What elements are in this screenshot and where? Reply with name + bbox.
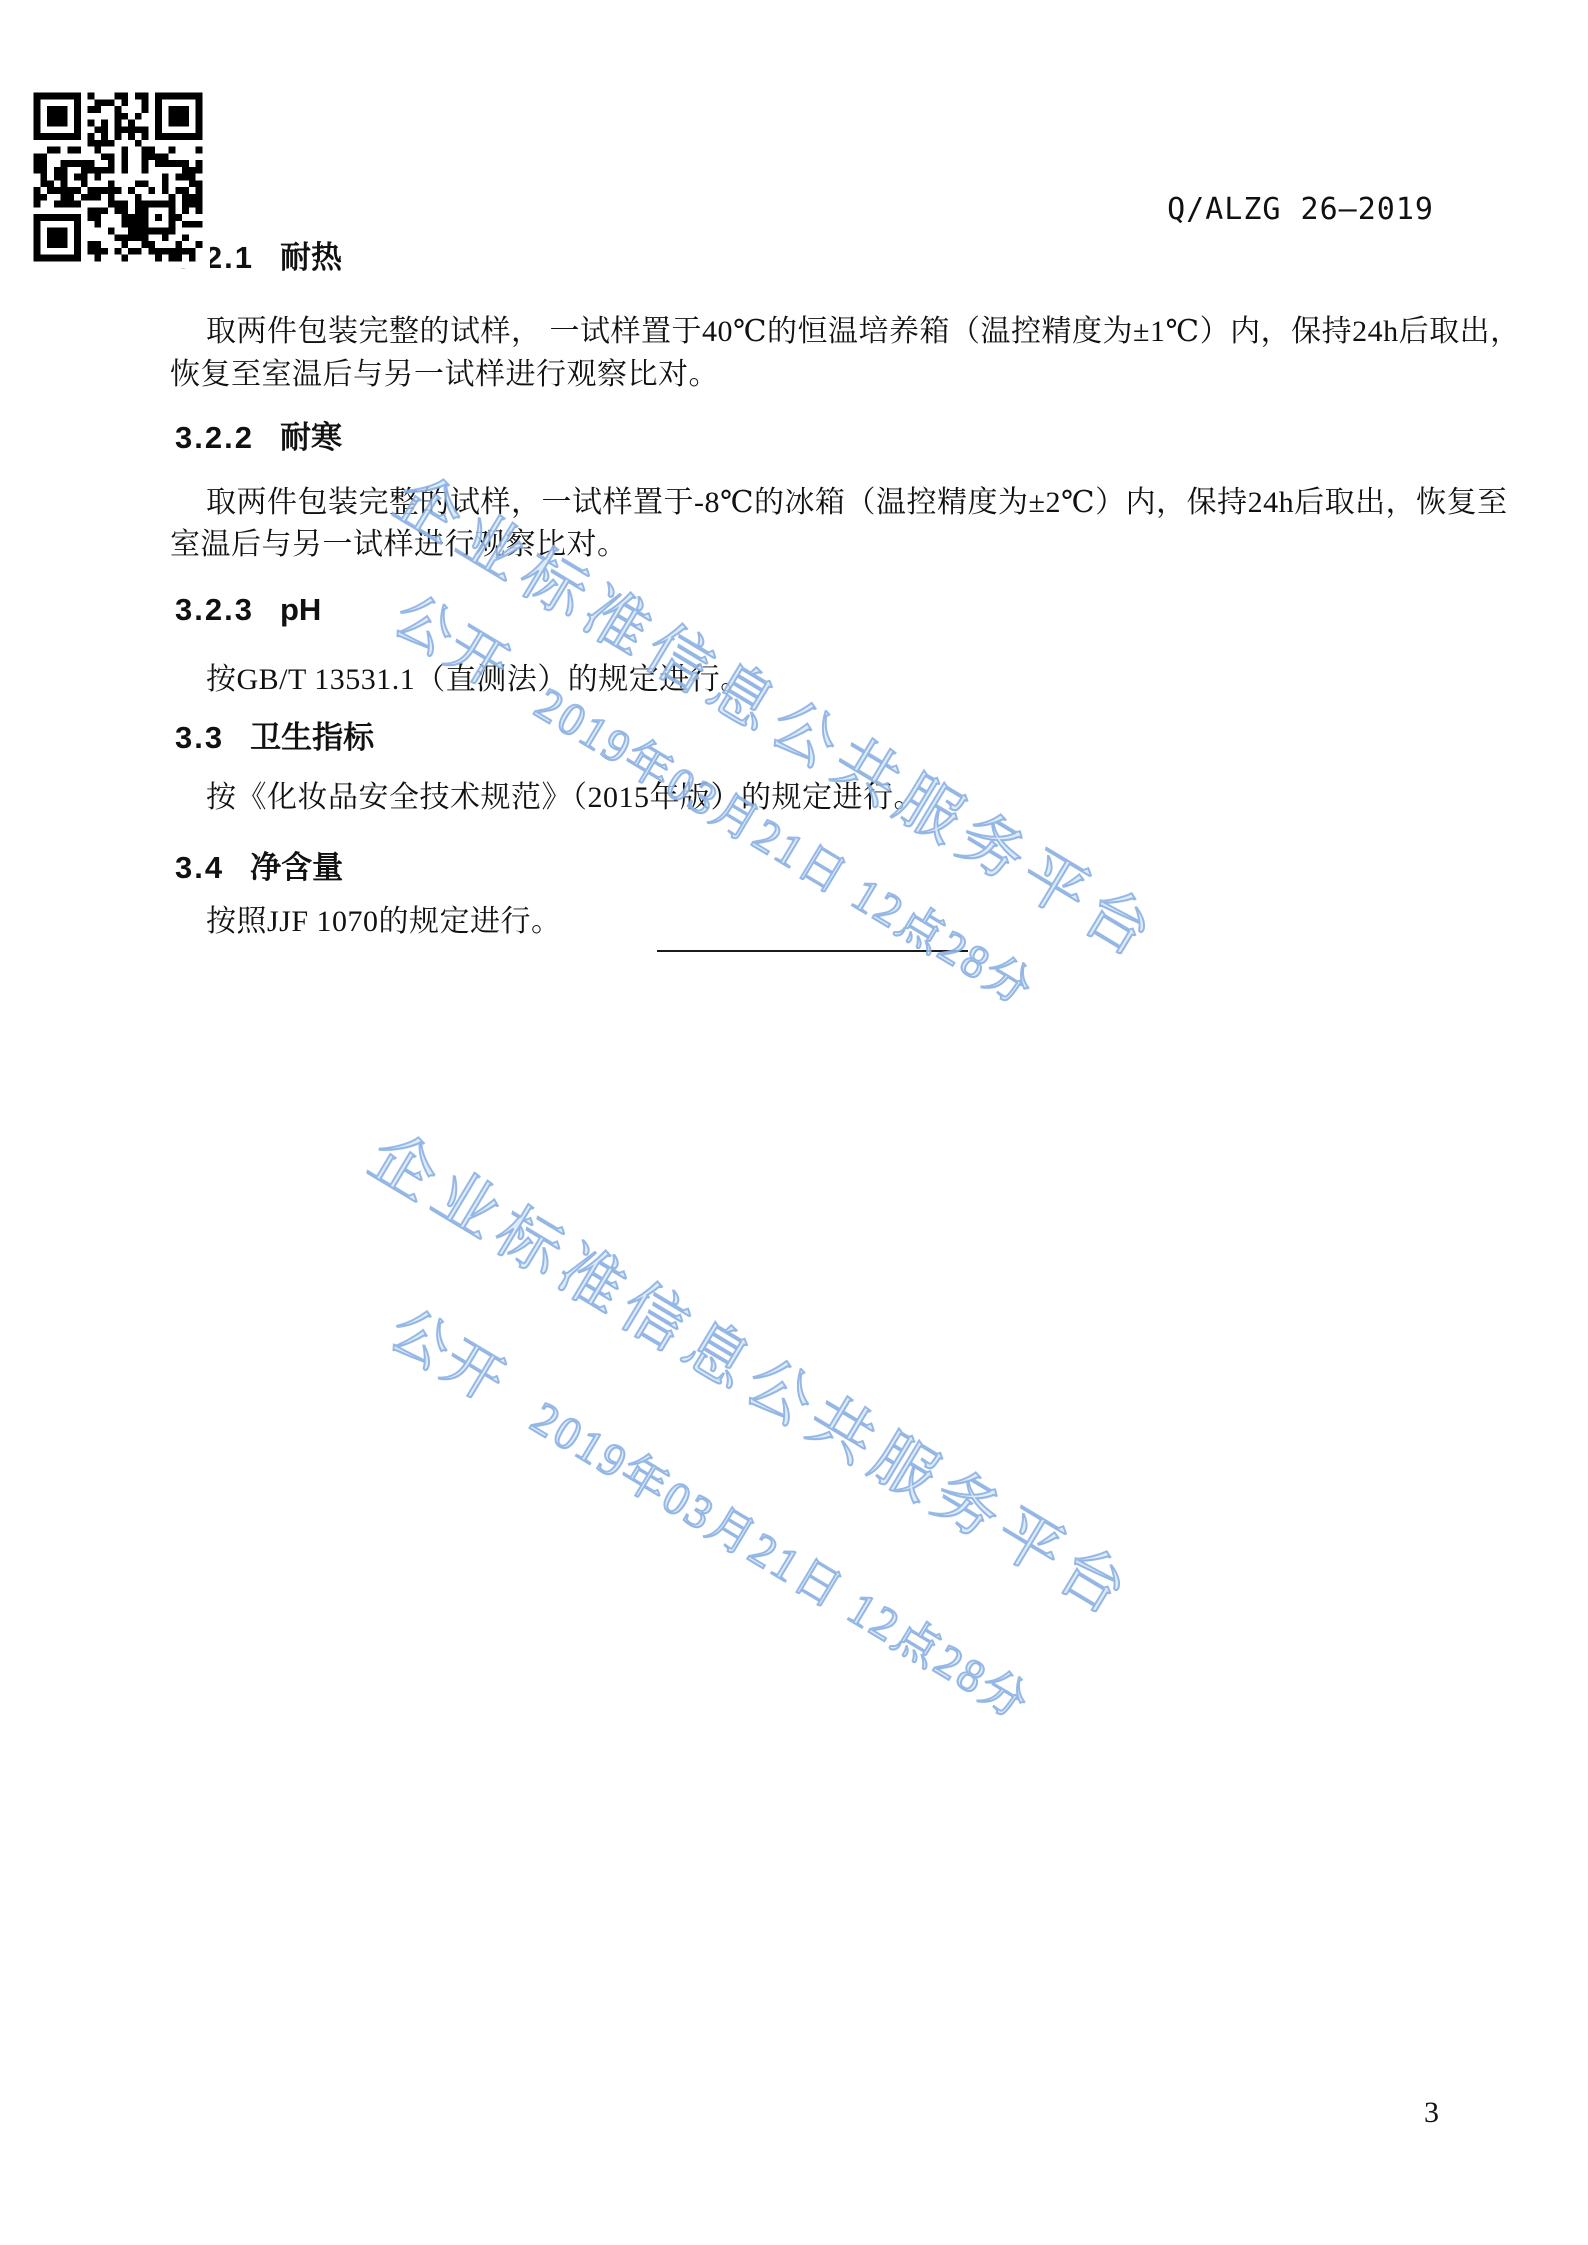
page-number: 3 [1424, 2096, 1439, 2130]
document-page: Q/ALZG 26—2019 3.2.1耐热 取两件包装完整的试样， 一试样置于… [0, 0, 1588, 2245]
watermark-visibility-label: 公开 [379, 1297, 519, 1417]
heading-3-2-2: 3.2.2耐寒 [175, 412, 342, 457]
paragraph-line: 按《化妆品安全技术规范》（2015年版）的规定进行。 [206, 772, 924, 816]
heading-title: pH [280, 592, 321, 627]
paragraph-line: 按照JJF 1070的规定进行。 [206, 896, 562, 940]
heading-number: 3.2.3 [175, 592, 254, 627]
paragraph-line: 取两件包装完整的试样，一试样置于-8℃的冰箱（温控精度为±2℃）内，保持24h后… [206, 477, 1508, 521]
qr-code [26, 86, 210, 268]
paragraph-line: 按GB/T 13531.1（直测法）的规定进行。 [206, 654, 751, 698]
heading-3-4: 3.4净含量 [175, 842, 343, 887]
heading-number: 3.4 [175, 850, 224, 885]
heading-number: 3.2.2 [175, 420, 254, 455]
document-code: Q/ALZG 26—2019 [1167, 192, 1434, 227]
watermark-datetime: 2019年03月21日 12点28分 [527, 678, 1043, 1016]
end-of-text-divider [657, 950, 968, 952]
heading-title: 耐寒 [280, 420, 342, 455]
heading-title: 耐热 [280, 240, 342, 275]
paragraph-line: 恢复至室温后与另一试样进行观察比对。 [170, 349, 719, 393]
watermark-platform-text: 企业标准信息公共服务平台 [356, 1106, 1154, 1636]
heading-3-3: 3.3卫生指标 [175, 712, 374, 757]
paragraph-line: 取两件包装完整的试样， 一试样置于40℃的恒温培养箱（温控精度为±1℃）内，保持… [206, 306, 1521, 350]
paragraph-line: 室温后与另一试样进行观察比对。 [170, 519, 628, 563]
heading-title: 净含量 [250, 850, 343, 885]
watermark-datetime: 2019年03月21日 12点28分 [523, 1392, 1039, 1730]
watermark-meta-line: 公开2019年03月21日 12点28分 [377, 1284, 1052, 1736]
qr-code-graphic [26, 86, 210, 268]
heading-3-2-3: 3.2.3pH [175, 592, 321, 628]
heading-title: 卫生指标 [250, 720, 374, 755]
heading-number: 3.3 [175, 720, 224, 755]
